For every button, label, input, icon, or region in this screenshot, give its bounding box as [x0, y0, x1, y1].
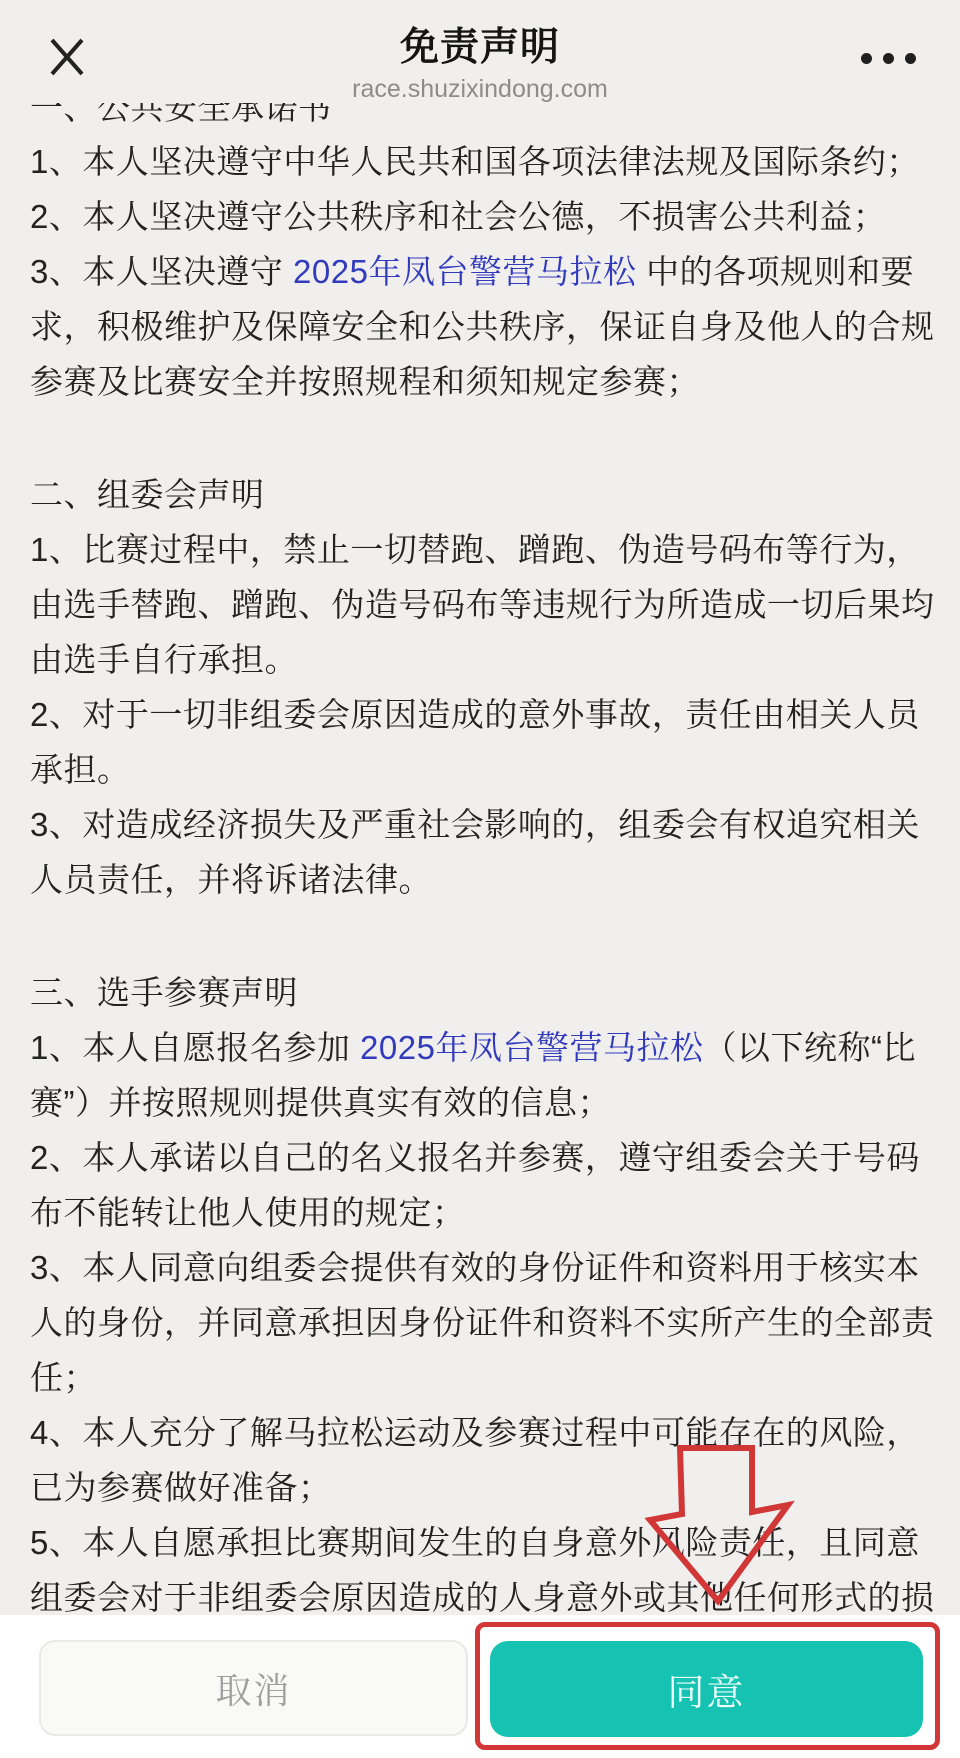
close-icon [49, 36, 85, 78]
ellipsis-menu-icon [905, 53, 916, 64]
body-line: 已为参赛做好准备； [30, 1460, 930, 1515]
body-line: 2、本人承诺以自己的名义报名并参赛，遵守组委会关于号码 [30, 1130, 930, 1185]
body-line: 赛”）并按照规则提供真实有效的信息； [30, 1075, 930, 1130]
text-segment: 赛”）并按照规则提供真实有效的信息； [30, 1084, 611, 1121]
text-segment: 中的各项规则和要 [636, 253, 914, 290]
text-segment: 由选手替跑、蹭跑、伪造号码布等违规行为所造成一切后果均 [30, 586, 935, 623]
section-heading: 二、组委会声明 [30, 467, 930, 522]
text-segment: 2、本人承诺以自己的名义报名并参赛，遵守组委会关于号码 [30, 1139, 920, 1176]
agree-button[interactable]: 同意 [490, 1641, 923, 1737]
ellipsis-menu-icon [861, 53, 872, 64]
page-title: 免责声明 [180, 16, 780, 72]
text-segment: 1、比赛过程中，禁止一切替跑、蹭跑、伪造号码布等行为， [30, 531, 920, 568]
cancel-button[interactable]: 取消 [39, 1640, 468, 1736]
titlebar: 免责声明 race.shuzixindong.com [0, 0, 960, 103]
text-segment: 1、本人坚决遵守中华人民共和国各项法律法规及国际条约； [30, 143, 920, 180]
body-line: 由选手自行承担。 [30, 632, 930, 687]
text-segment: 2、对于一切非组委会原因造成的意外事故，责任由相关人员 [30, 696, 920, 733]
text-segment: 3、本人同意向组委会提供有效的身份证件和资料用于核实本 [30, 1249, 920, 1286]
text-segment: 3、本人坚决遵守 [30, 253, 293, 290]
text-segment: 组委会对于非组委会原因造成的人身意外或其他任何形式的损 [30, 1579, 935, 1616]
text-segment: 已为参赛做好准备； [30, 1469, 332, 1506]
text-segment: 4、本人充分了解马拉松运动及参赛过程中可能存在的风险， [30, 1414, 920, 1451]
text-segment: 1、本人自愿报名参加 [30, 1029, 360, 1066]
text-segment: 由选手自行承担。 [30, 641, 298, 678]
wechat-browser-screen: 一、公共安全承诺书1、本人坚决遵守中华人民共和国各项法律法规及国际条约；2、本人… [0, 0, 960, 1758]
text-segment: 人的身份，并同意承担因身份证件和资料不实所产生的全部责 [30, 1304, 935, 1341]
race-event-link[interactable]: 2025年凤台警营马拉松 [293, 253, 636, 290]
body-line: 4、本人充分了解马拉松运动及参赛过程中可能存在的风险， [30, 1405, 930, 1460]
page-url: race.shuzixindong.com [180, 75, 780, 104]
text-segment: 求，积极维护及保障安全和公共秩序，保证自身及他人的合规 [30, 308, 935, 345]
body-line: 任； [30, 1350, 930, 1405]
text-segment: 二、组委会声明 [30, 476, 265, 513]
close-button[interactable] [44, 32, 90, 82]
body-line: 2、本人坚决遵守公共秩序和社会公德，不损害公共利益； [30, 189, 930, 244]
text-segment: 5、本人自愿承担比赛期间发生的自身意外风险责任，且同意 [30, 1524, 920, 1561]
action-bar: 取消 同意 [0, 1615, 960, 1758]
race-event-link[interactable]: 2025年凤台警营马拉松 [360, 1029, 703, 1066]
text-segment: 布不能转让他人使用的规定； [30, 1194, 466, 1231]
text-segment: 三、选手参赛声明 [30, 974, 298, 1011]
body-line: 布不能转让他人使用的规定； [30, 1185, 930, 1240]
text-segment: 3、对造成经济损失及严重社会影响的，组委会有权追究相关 [30, 806, 920, 843]
text-segment: 承担。 [30, 751, 131, 788]
text-segment: 参赛及比赛安全并按照规程和须知规定参赛； [30, 363, 700, 400]
body-line: 人的身份，并同意承担因身份证件和资料不实所产生的全部责 [30, 1295, 930, 1350]
ellipsis-menu-icon [883, 53, 894, 64]
text-segment: 2、本人坚决遵守公共秩序和社会公德，不损害公共利益； [30, 198, 886, 235]
body-line: 3、对造成经济损失及严重社会影响的，组委会有权追究相关 [30, 797, 930, 852]
body-line: 1、比赛过程中，禁止一切替跑、蹭跑、伪造号码布等行为， [30, 522, 930, 577]
section-spacer [30, 907, 930, 965]
text-segment: 人员责任，并将诉诸法律。 [30, 861, 432, 898]
section-heading: 三、选手参赛声明 [30, 965, 930, 1020]
body-line: 人员责任，并将诉诸法律。 [30, 852, 930, 907]
text-segment: （以下统称“比 [703, 1029, 916, 1066]
title-block: 免责声明 race.shuzixindong.com [180, 16, 780, 104]
body-line: 求，积极维护及保障安全和公共秩序，保证自身及他人的合规 [30, 299, 930, 354]
body-line: 参赛及比赛安全并按照规程和须知规定参赛； [30, 354, 930, 409]
body-line: 由选手替跑、蹭跑、伪造号码布等违规行为所造成一切后果均 [30, 577, 930, 632]
body-line: 3、本人同意向组委会提供有效的身份证件和资料用于核实本 [30, 1240, 930, 1295]
body-line: 1、本人自愿报名参加 2025年凤台警营马拉松（以下统称“比 [30, 1020, 930, 1075]
body-line: 3、本人坚决遵守 2025年凤台警营马拉松 中的各项规则和要 [30, 244, 930, 299]
more-menu-button[interactable] [859, 40, 918, 76]
body-line: 5、本人自愿承担比赛期间发生的自身意外风险责任，且同意 [30, 1515, 930, 1570]
body-line: 1、本人坚决遵守中华人民共和国各项法律法规及国际条约； [30, 134, 930, 189]
section-spacer [30, 409, 930, 467]
body-line: 2、对于一切非组委会原因造成的意外事故，责任由相关人员 [30, 687, 930, 742]
text-segment: 任； [30, 1359, 97, 1396]
body-line: 承担。 [30, 742, 930, 797]
disclaimer-body: 一、公共安全承诺书1、本人坚决遵守中华人民共和国各项法律法规及国际条约；2、本人… [0, 81, 960, 1625]
